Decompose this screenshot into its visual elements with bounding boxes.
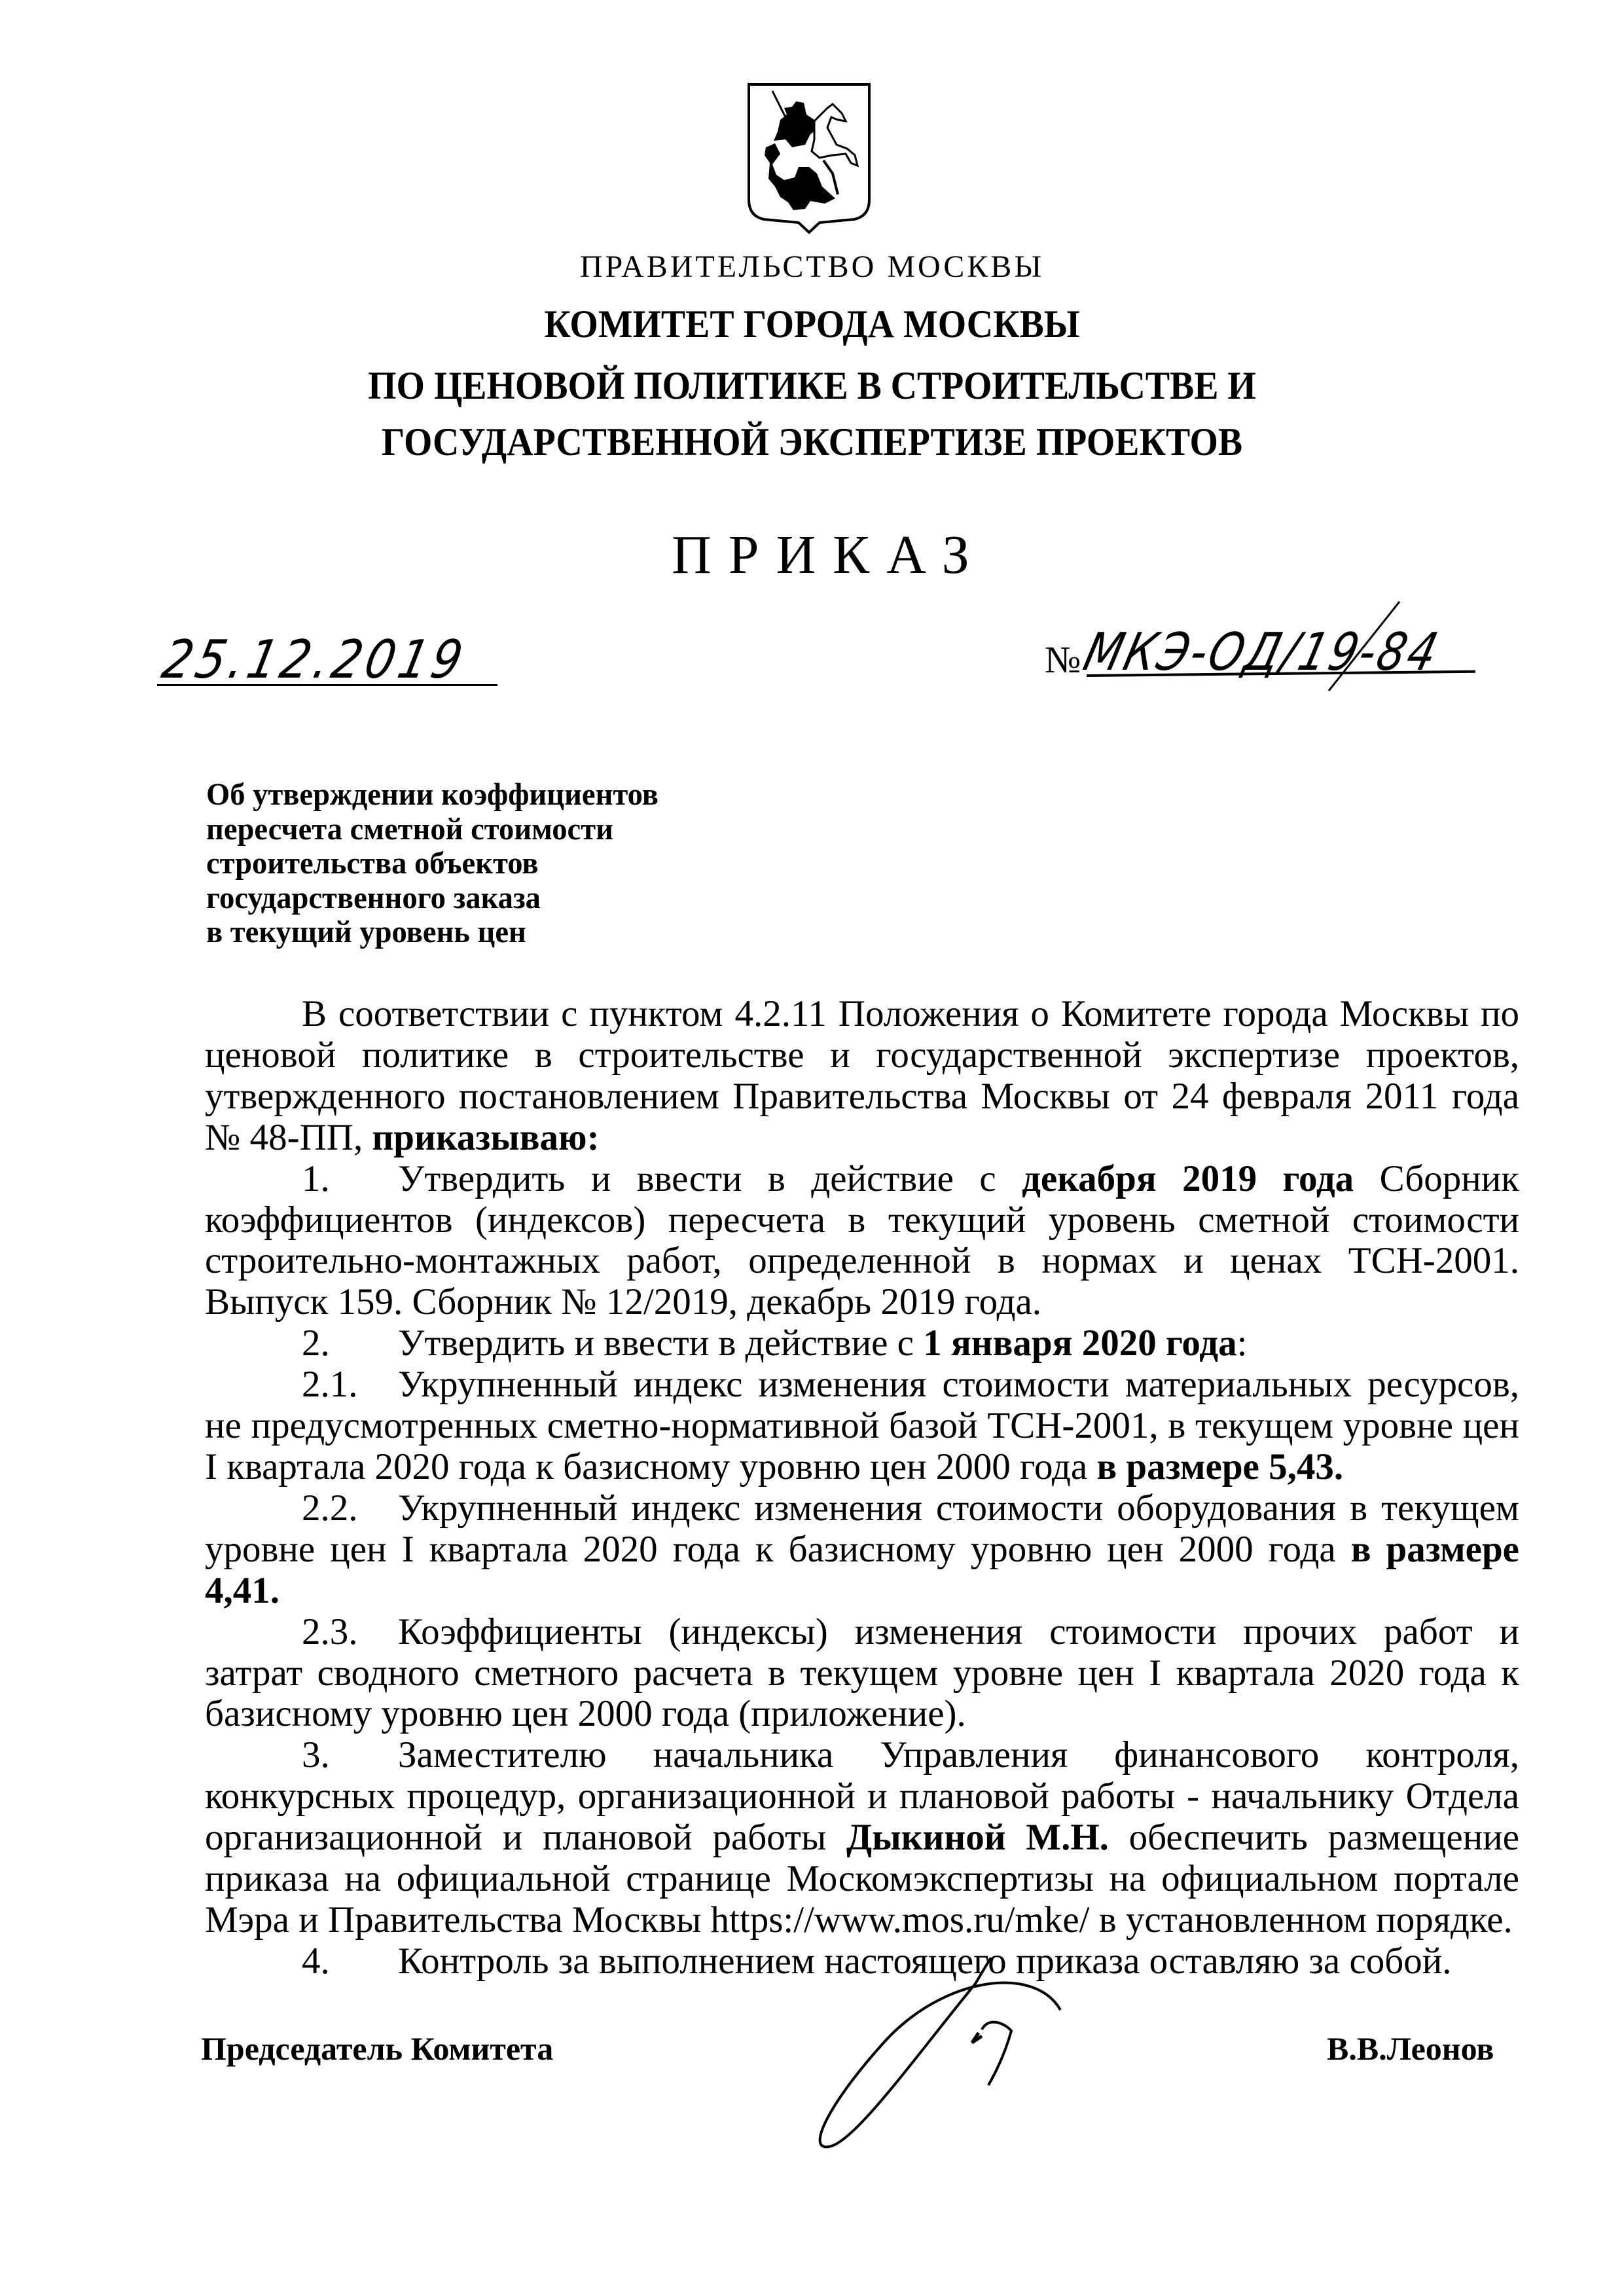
item-3: 3.Заместителю начальника Управления фина… <box>205 1735 1519 1941</box>
date-underline <box>157 684 497 686</box>
item-number: 2.1. <box>302 1364 398 1406</box>
preamble-paragraph: В соответствии с пунктом 4.2.11 Положени… <box>205 994 1519 1159</box>
handwritten-signature-icon <box>785 1958 1204 2154</box>
item-number: 2. <box>302 1323 398 1364</box>
order-body: В соответствии с пунктом 4.2.11 Положени… <box>205 994 1519 1982</box>
government-title: ПРАВИТЕЛЬСТВО МОСКВЫ <box>0 249 1624 285</box>
subject-line: в текущий уровень цен <box>206 915 659 950</box>
item-number: 1. <box>302 1159 398 1200</box>
document-date: 25.12.2019 <box>157 629 472 690</box>
subject-line: пересчета сметной стоимости <box>206 812 659 847</box>
item-2-3: 2.3.Коэффициенты (индексы) изменения сто… <box>205 1612 1519 1736</box>
committee-title-line-2: ПО ЦЕНОВОЙ ПОЛИТИКЕ В СТРОИТЕЛЬСТВЕ И <box>57 363 1567 409</box>
item-number: 2.3. <box>302 1612 398 1653</box>
item-2-2: 2.2.Укрупненный индекс изменения стоимос… <box>205 1488 1519 1612</box>
item-number: 3. <box>302 1735 398 1776</box>
item-2: 2.Утвердить и ввести в действие с 1 янва… <box>205 1323 1519 1364</box>
moscow-coat-of-arms-icon <box>746 82 872 234</box>
item-2-1: 2.1.Укрупненный индекс изменения стоимос… <box>205 1364 1519 1488</box>
committee-title-line-3: ГОСУДАРСТВЕННОЙ ЭКСПЕРТИЗЕ ПРОЕКТОВ <box>57 419 1567 465</box>
item-number: 4. <box>302 1941 398 1982</box>
signatory-name: В.В.Леонов <box>1327 2030 1494 2068</box>
subject-line: государственного заказа <box>206 881 659 916</box>
item-number: 2.2. <box>302 1488 398 1529</box>
number-sign: № <box>1045 640 1081 680</box>
committee-title-line-1: КОМИТЕТ ГОРОДА МОСКВЫ <box>57 301 1567 347</box>
subject-line: строительства объектов <box>206 847 659 881</box>
order-verb: приказываю: <box>372 1117 599 1158</box>
handwritten-slash-stroke <box>1322 599 1407 694</box>
signatory-position: Председатель Комитета <box>201 2030 553 2068</box>
subject-line: Об утверждении коэффициентов <box>206 778 659 812</box>
order-subject: Об утверждении коэффициентов пересчета с… <box>206 778 672 950</box>
item-1: 1.Утвердить и ввести в действие с декабр… <box>205 1159 1519 1324</box>
document-type-title: ПРИКАЗ <box>0 524 1624 587</box>
